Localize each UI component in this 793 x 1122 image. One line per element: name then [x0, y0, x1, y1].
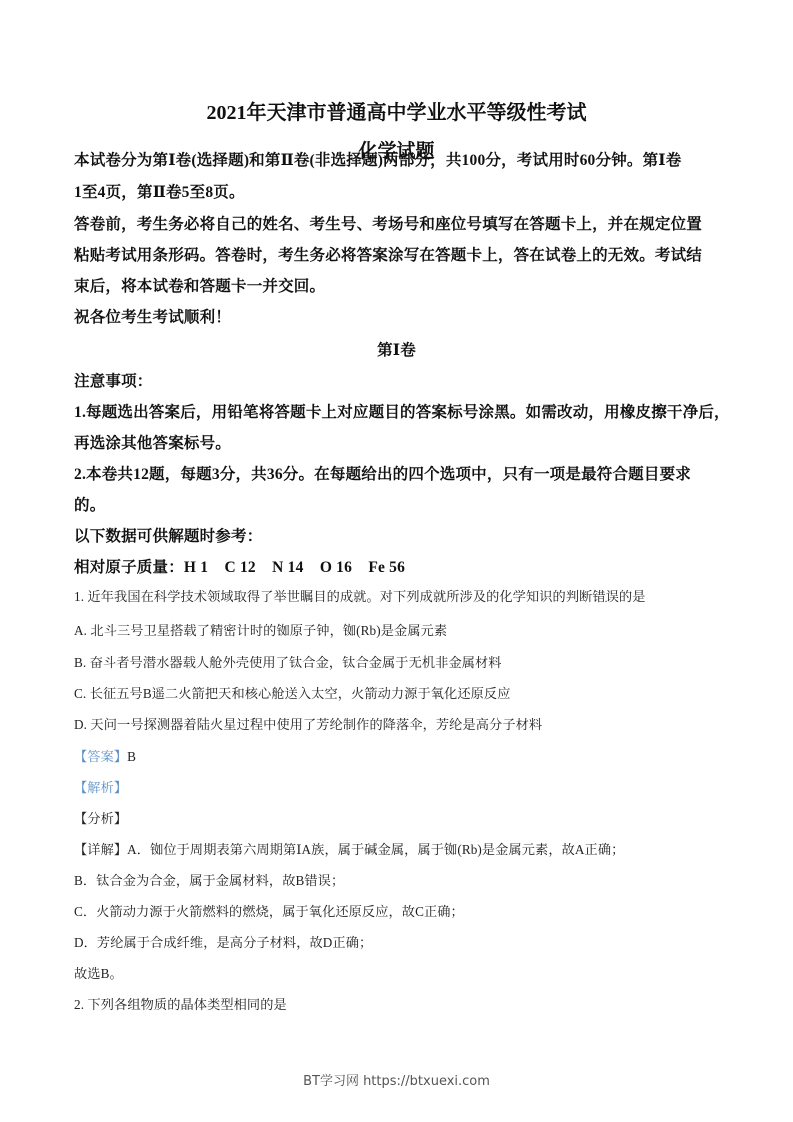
exam-title: 2021年天津市普通高中学业水平等级性考试 [0, 96, 793, 125]
detail-text-a: A．铷位于周期表第六周期第ⅠA族，属于碱金属，属于铷(Rb)是金属元素，故A正确… [127, 842, 624, 857]
document-page: 2021年天津市普通高中学业水平等级性考试 化学试题 本试卷分为第Ⅰ卷(选择题)… [0, 0, 793, 1122]
intro-line-6: 祝各位考生考试顺利！ [74, 305, 231, 327]
question-1-option-b: B. 奋斗者号潜水器载人舱外壳使用了钛合金，钛合金属于无机非金属材料 [74, 652, 502, 671]
intro-line-1: 本试卷分为第Ⅰ卷(选择题)和第Ⅱ卷(非选择题)两部分，共100分，考试用时60分… [74, 148, 681, 170]
analysis-label: 【解析】 [74, 777, 127, 796]
question-2-stem: 2. 下列各组物质的晶体类型相同的是 [74, 994, 287, 1013]
question-1-option-a: A. 北斗三号卫星搭载了精密计时的铷原子钟，铷(Rb)是金属元素 [74, 620, 447, 639]
intro-line-2: 1至4页，第Ⅱ卷5至8页。 [74, 180, 245, 202]
question-1-option-d: D. 天问一号探测器着陆火星过程中使用了芳纶制作的降落伞，芳纶是高分子材料 [74, 714, 542, 733]
detail-line-2: B．钛合金为合金，属于金属材料，故B错误； [74, 870, 344, 889]
intro-line-4: 粘贴考试用条形码。答卷时，考生务必将答案涂写在答题卡上，答在试卷上的无效。考试结 [74, 243, 702, 265]
intro-line-3: 答卷前，考生务必将自己的姓名、考生号、考场号和座位号填写在答题卡上，并在规定位置 [74, 212, 702, 234]
answer-label: 【答案】 [74, 749, 127, 764]
question-1-stem-prefix: 1. 近年我国在科学技术领域取得了举世瞩目的成就。对下列成就所涉及的化学知识的判… [74, 589, 592, 604]
question-1-stem-suffix: 的是 [619, 589, 646, 604]
footer-watermark[interactable]: BT学习网 https://btxuexi.com [0, 1070, 793, 1089]
fenxi-label: 【分析】 [74, 808, 127, 827]
reference-label: 以下数据可供解题时参考： [74, 524, 262, 546]
detail-line-1: 【详解】A．铷位于周期表第六周期第ⅠA族，属于碱金属，属于铷(Rb)是金属元素，… [74, 839, 624, 858]
note-line-4: 的。 [74, 493, 105, 515]
detail-label: 【详解】 [74, 842, 127, 857]
question-1-option-c: C. 长征五号B遥二火箭把天和核心舱送入太空，火箭动力源于氧化还原反应 [74, 683, 511, 702]
section-heading: 第Ⅰ卷 [0, 338, 793, 360]
note-line-3: 2.本卷共12题，每题3分，共36分。在每题给出的四个选项中，只有一项是最符合题… [74, 462, 691, 484]
note-line-1: 1.每题选出答案后，用铅笔将答题卡上对应题目的答案标号涂黑。如需改动，用橡皮擦干… [74, 400, 730, 422]
answer-value: B [127, 749, 136, 764]
question-1-stem-emphasis: 错误 [592, 586, 619, 605]
notes-label: 注意事项： [74, 369, 153, 391]
atomic-mass-line: 相对原子质量：H 1 C 12 N 14 O 16 Fe 56 [74, 555, 405, 577]
note-line-2: 再选涂其他答案标号。 [74, 431, 231, 453]
detail-line-3: C．火箭动力源于火箭燃料的燃烧，属于氧化还原反应，故C正确； [74, 901, 464, 920]
conclusion-line: 故选B。 [74, 963, 123, 982]
question-1-stem: 1. 近年我国在科学技术领域取得了举世瞩目的成就。对下列成就所涉及的化学知识的判… [74, 586, 646, 605]
answer-row: 【答案】B [74, 746, 136, 765]
detail-line-4: D．芳纶属于合成纤维，是高分子材料，故D正确； [74, 932, 372, 951]
intro-line-5: 束后，将本试卷和答题卡一并交回。 [74, 274, 325, 296]
